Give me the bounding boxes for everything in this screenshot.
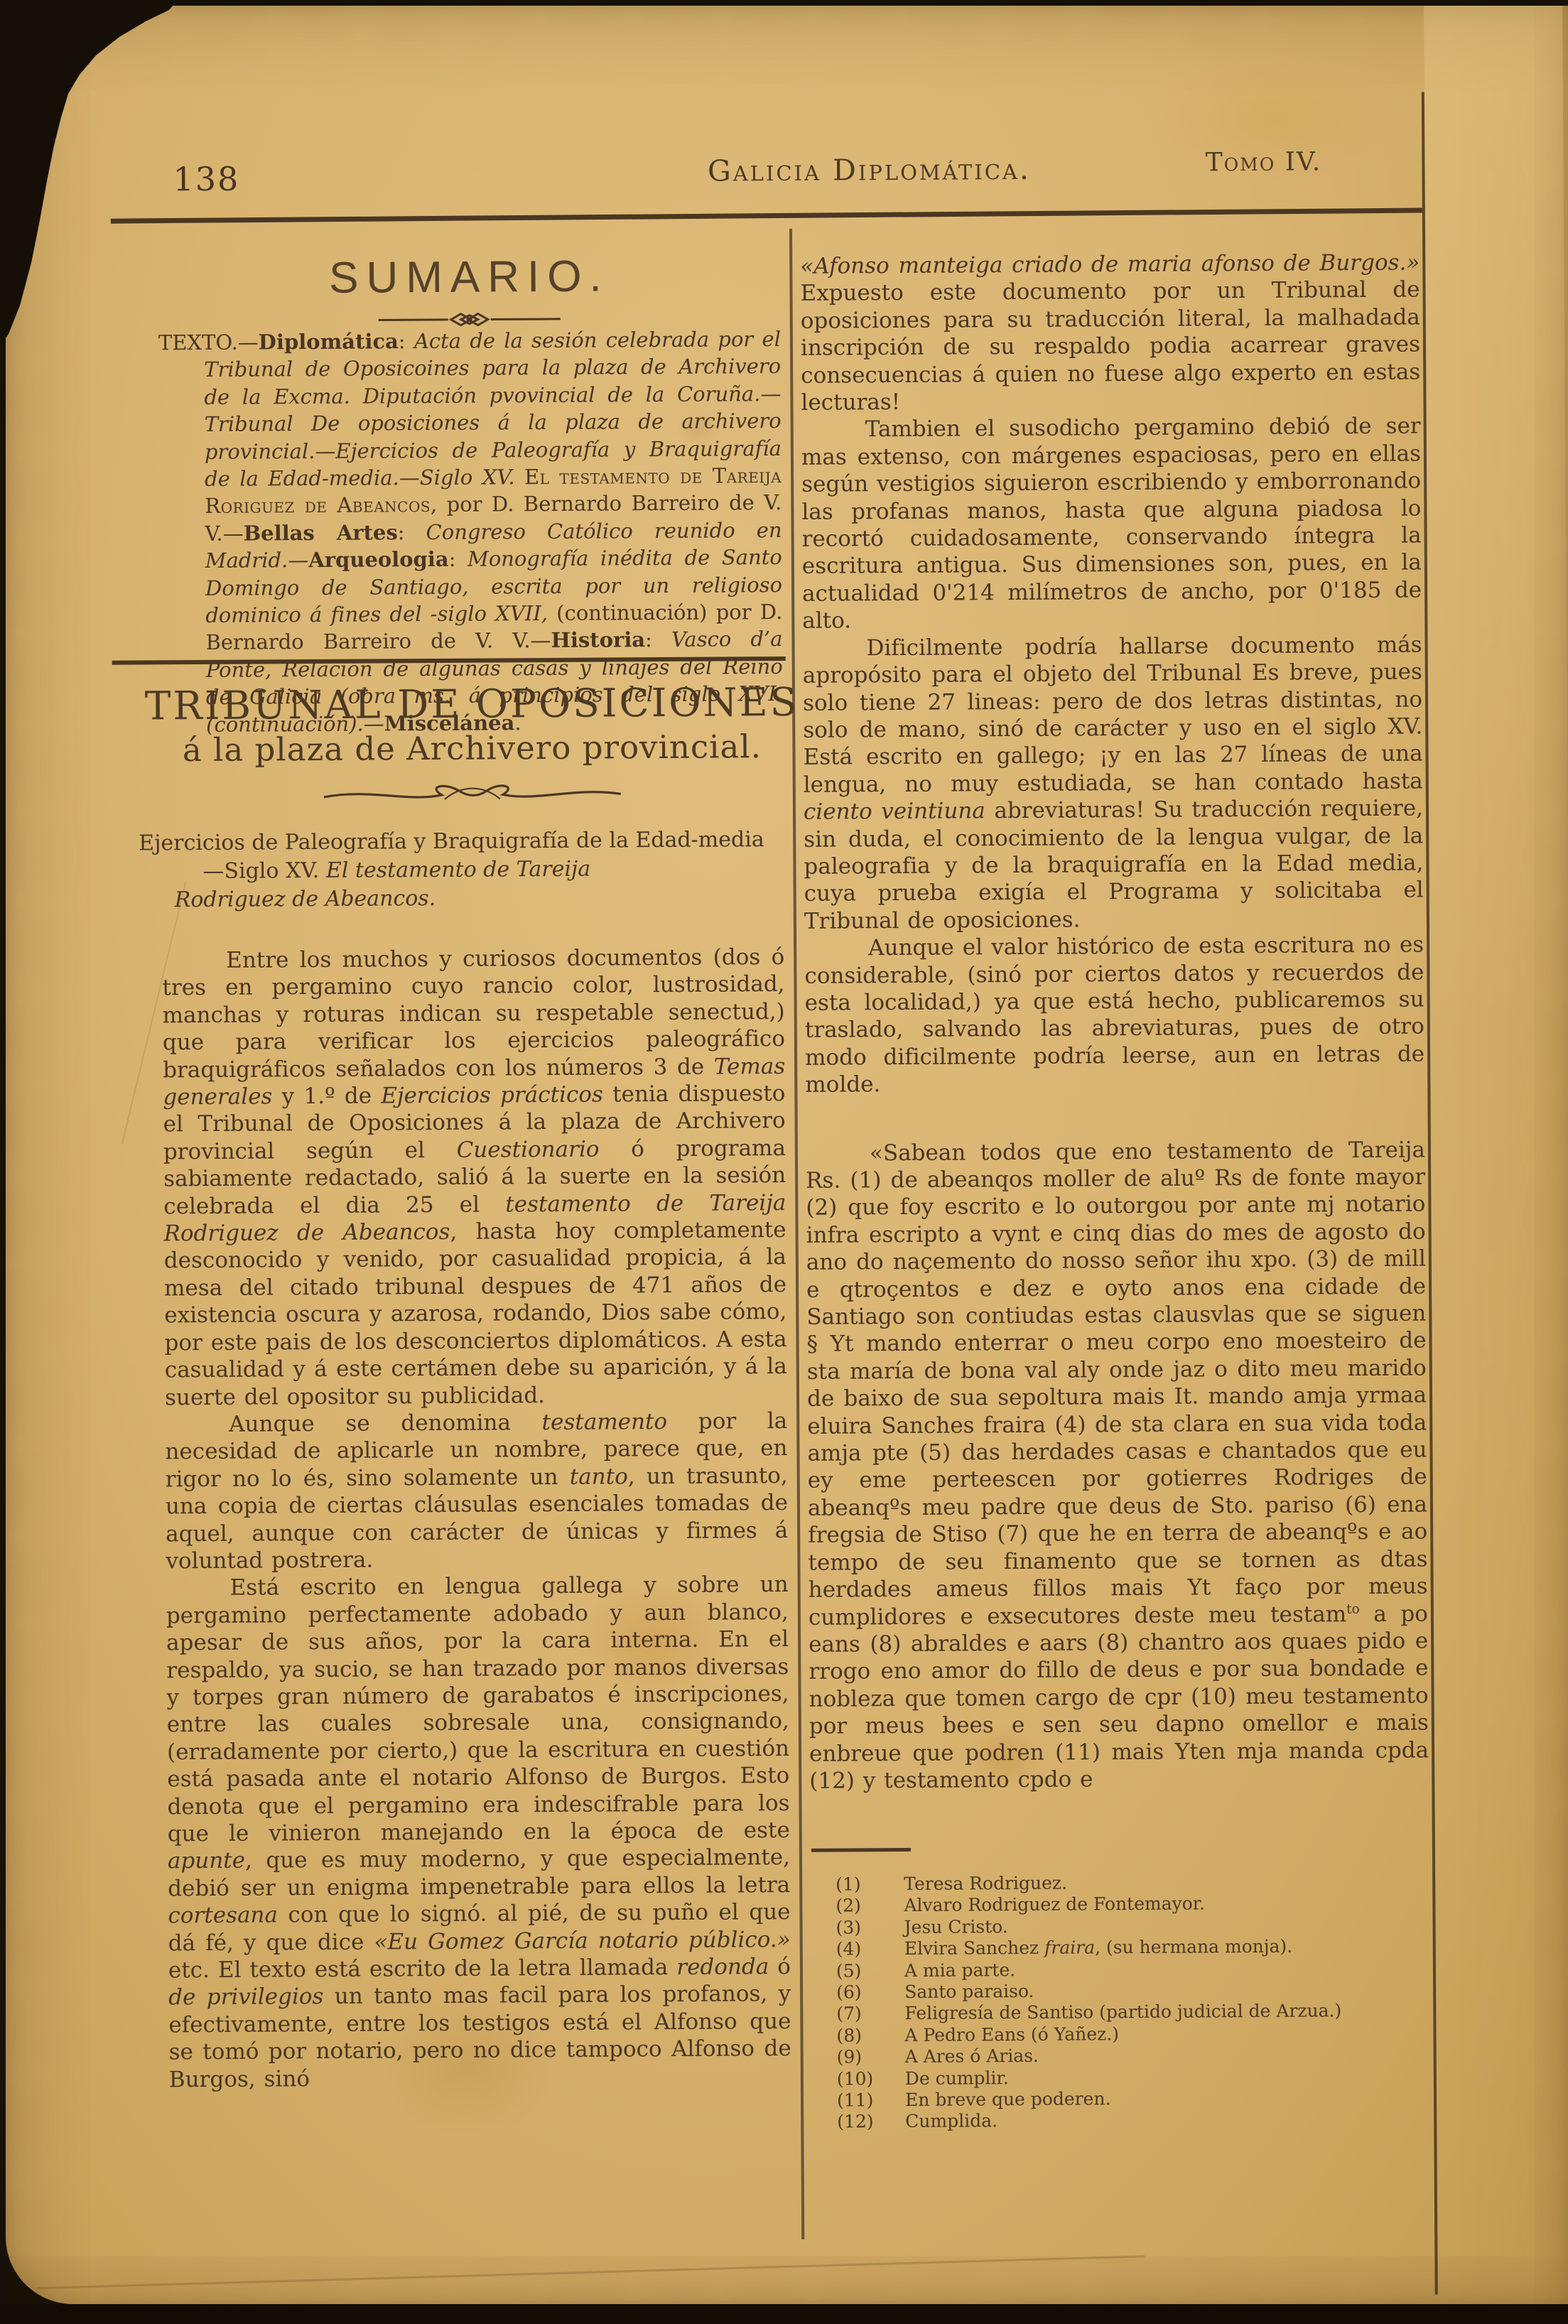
exercise-heading: Ejercicios de Paleografía y Braquigrafía… (139, 826, 782, 858)
footnote-number: (12) (837, 2111, 905, 2133)
footnote-number: (5) (836, 1960, 904, 1982)
section-title: TRIBUNAL DE OPOSICIONES (132, 679, 811, 729)
body-paragraph: Está escrito en lengua gallega y sobre u… (166, 1571, 791, 2093)
footnote-number: (6) (836, 1982, 904, 2004)
left-column: SUMARIO. TEXTO.—Diplomática: Acta de la … (158, 227, 780, 231)
scan-edge-bottom (0, 2304, 1568, 2324)
footnote-text: De cumplir. (905, 2065, 1431, 2090)
footnote-text: Teresa Rodriguez. (904, 1870, 1429, 1895)
body-paragraph: Aunque se denomina testamento por la nec… (165, 1407, 788, 1575)
footnote-text: Alvaro Rodriguez de Fontemayor. (904, 1892, 1429, 1917)
volume-label: Tomo IV. (1146, 147, 1380, 178)
footnote-text: A Ares ó Arias. (905, 2043, 1431, 2068)
scan-edge-top (0, 0, 1568, 6)
body-paragraph: «Sabean todos que eno testamento de Tare… (806, 1136, 1429, 1795)
sumario-title: SUMARIO. (158, 250, 780, 304)
footnote-number: (9) (837, 2046, 905, 2068)
journal-title: Galicia Diplomática. (492, 151, 1245, 189)
footnote-number: (10) (837, 2068, 905, 2090)
printed-content: 138 Galicia Diplomática. Tomo IV. SUMARI… (0, 0, 1568, 2324)
torn-corner (0, 0, 185, 355)
footnote-number: (8) (836, 2025, 904, 2047)
exercise-subheading: —Siglo XV. El testamento de Tareija Rodr… (139, 855, 707, 915)
body-paragraph: Tambien el susodicho pergamino debió de … (801, 413, 1422, 635)
footnote-text: Santo paraiso. (904, 1979, 1430, 2004)
left-body-text: Entre los muchos y curiosos documentos (… (162, 944, 791, 2093)
scanned-page: 138 Galicia Diplomática. Tomo IV. SUMARI… (0, 0, 1568, 2324)
footnote-text: Cumplida. (905, 2108, 1431, 2133)
footnote-number: (7) (836, 2003, 904, 2025)
footnote-text: Elvira Sanchez fraira, (su hermana monja… (904, 1935, 1430, 1960)
right-body-text: «Afonso manteiga criado de maria afonso … (800, 249, 1429, 1795)
footnote-text: A mia parte. (904, 1957, 1430, 1982)
page-edge-margin (1424, 0, 1568, 2320)
footnote-number: (4) (836, 1938, 904, 1960)
footnote-number: (3) (836, 1917, 904, 1939)
footnote-number: (2) (836, 1895, 904, 1917)
section-flourish-icon (320, 777, 625, 810)
footnote-item: (12)Cumplida. (811, 2108, 1431, 2134)
section-subtitle: á la plaza de Archivero provincial. (132, 728, 811, 769)
texto-summary: TEXTO.—Diplomática: Acta de la sesión ce… (158, 325, 784, 738)
body-paragraph: Entre los muchos y curiosos documentos (… (162, 944, 787, 1411)
paper-crease (37, 2255, 1145, 2289)
header-rule (111, 208, 1422, 224)
body-paragraph: «Afonso manteiga criado de maria afonso … (800, 249, 1420, 417)
footnotes: (1)Teresa Rodriguez.(2)Alvaro Rodriguez … (810, 1870, 1431, 2133)
footnote-number: (11) (837, 2090, 905, 2112)
footnote-text: En breve que poderen. (905, 2087, 1431, 2112)
footnote-number: (1) (836, 1874, 904, 1896)
right-column: «Afonso manteiga criado de maria afonso … (800, 224, 1420, 227)
footnote-text: Jesu Cristo. (904, 1913, 1429, 1938)
footnote-rule (811, 1848, 911, 1852)
body-paragraph: Dificilmente podría hallarse documento m… (802, 631, 1424, 935)
body-paragraph: Aunque el valor histórico de esta escrit… (804, 931, 1424, 1099)
footnote-text: Feligresía de Santiso (partido judicial … (904, 2000, 1430, 2025)
footnote-text: A Pedro Eans (ó Yañez.) (904, 2021, 1430, 2046)
